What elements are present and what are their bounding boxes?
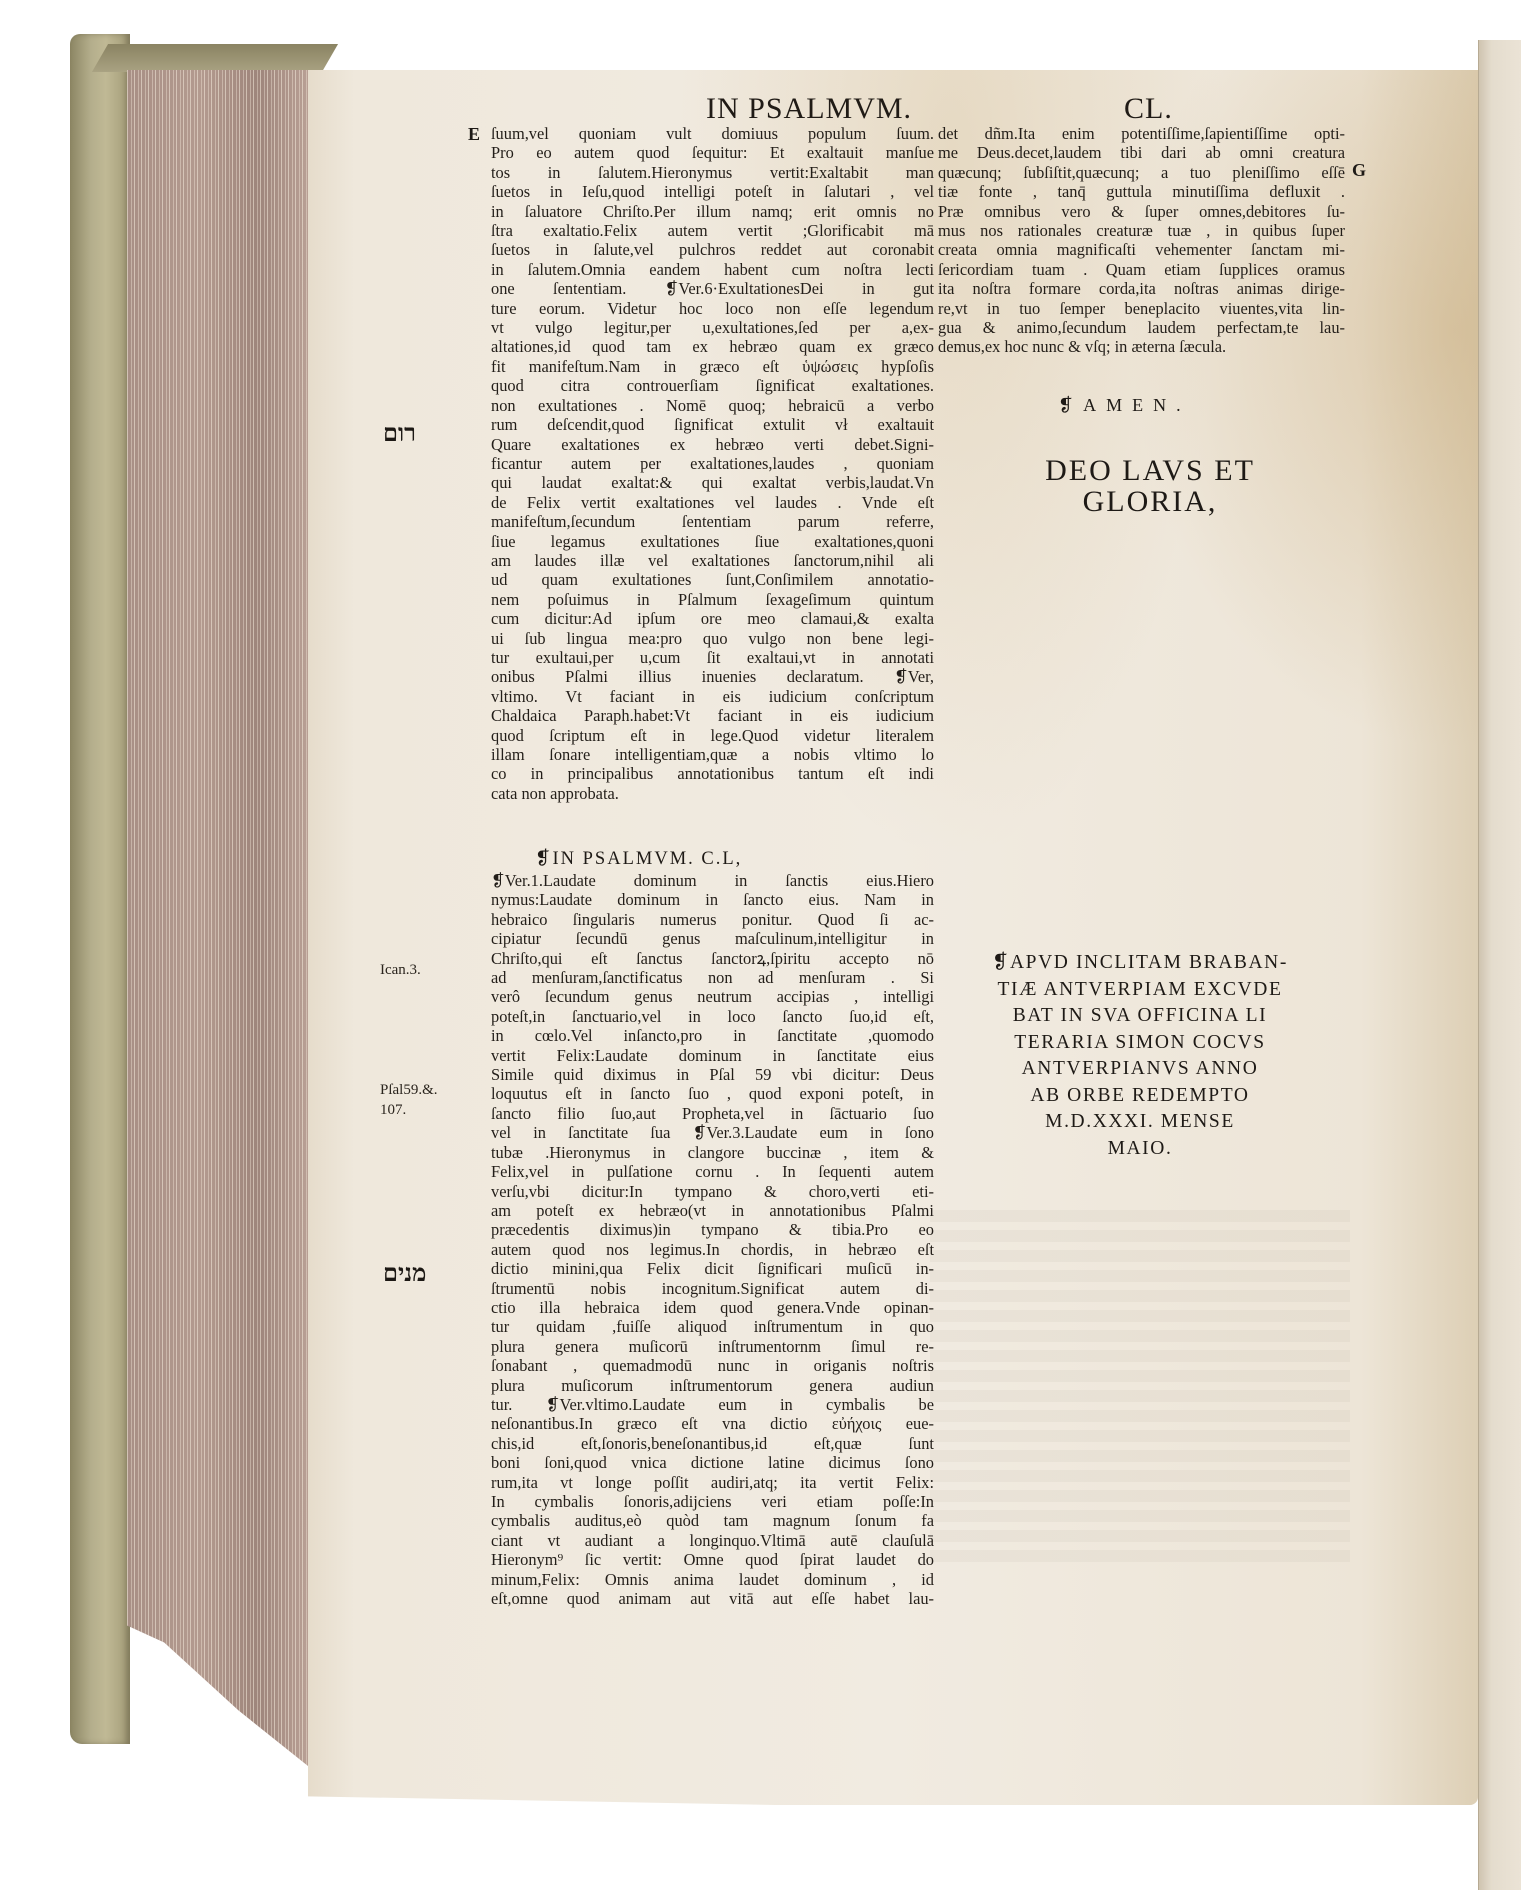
- text-line: eſt,omne quod animam aut vitā aut eſſe h…: [491, 1589, 934, 1608]
- text-line: neſonantibus.In græco eſt vna dictio εὐή…: [491, 1414, 934, 1433]
- doxology-line: DEO LAVS ET: [1010, 455, 1290, 486]
- colophon-line: TERARIA SIMON COCVS: [930, 1030, 1350, 1057]
- text-line: ❡Ver.1.Laudate dominum in ſanctis eius.H…: [491, 871, 934, 890]
- signature-mark-g: G: [1352, 160, 1366, 181]
- text-line: mus nos rationales creaturæ tuæ , in qui…: [938, 221, 1345, 240]
- text-line: minum,Felix: Omnis anima laudet dominum …: [491, 1570, 934, 1589]
- vellum-cover-top-edge: [92, 44, 338, 72]
- text-line: ad menſuram,ſanctificatus non ad menſura…: [491, 968, 934, 987]
- text-line: cipiatur ſecundū genus maſculinum,intell…: [491, 929, 934, 948]
- text-line: tubæ .Hieronymus in clangore buccinæ , i…: [491, 1143, 934, 1162]
- running-head-right: CL.: [1124, 92, 1173, 126]
- text-line: cum dicitur:Ad ipſum ore meo clamaui,& e…: [491, 609, 934, 628]
- text-line: in ſaluatore Chriſto.Per illum namq; eri…: [491, 202, 934, 221]
- text-line: det dñm.Ita enim potentiſſime,ſapientiſſ…: [938, 124, 1345, 143]
- text-line: creata omnia magnificaſti vehementer ſan…: [938, 240, 1345, 259]
- text-line: am laudes illæ vel exaltationes ſanctoru…: [491, 551, 934, 570]
- text-line: in ſalutem.Omnia eandem habent cum noſtr…: [491, 260, 934, 279]
- text-line: am poteſt ex hebræo(vt in annotationibus…: [491, 1201, 934, 1220]
- text-line: ſuetos in ſalute,vel pulchros reddet aut…: [491, 240, 934, 259]
- colophon-line: BAT IN SVA OFFICINA LI: [930, 1003, 1350, 1030]
- text-line: quæcunq; ſubſiſtit,quæcunq; a tuo pleniſ…: [938, 163, 1345, 182]
- text-line: ſuum,vel quoniam vult domiuus populum ſu…: [491, 124, 934, 143]
- text-line: Chaldaica Paraph.habet:Vt faciant in eis…: [491, 706, 934, 725]
- text-line: Chriſto,qui eſt ſanctus ſanctorꝝ,ſpiritu…: [491, 949, 934, 968]
- text-line: plura muſicorum inſtrumentorum genera au…: [491, 1376, 934, 1395]
- colophon-line: ANTVERPIANVS ANNO: [930, 1056, 1350, 1083]
- colophon-line: AB ORBE REDEMPTO: [930, 1083, 1350, 1110]
- text-line: ſtrumentū nobis incognitum.Significat au…: [491, 1279, 934, 1298]
- hebrew-marginal-minim: מנים: [383, 1258, 426, 1288]
- show-through-text: [930, 1210, 1350, 1570]
- facing-page-edge: [1478, 40, 1521, 1890]
- doxology-line: GLORIA,: [1010, 486, 1290, 517]
- text-line: gua & animo,ſecundum laudem perfectam,te…: [938, 318, 1345, 337]
- text-line: ficantur autem per exaltationes,laudes ,…: [491, 454, 934, 473]
- text-line: re,vt in tuo ſemper beneplacito viuentes…: [938, 299, 1345, 318]
- text-line: ſtra exaltatio.Felix autem vertit ;Glori…: [491, 221, 934, 240]
- text-line: fit manifeſtum.Nam in græco eſt ὑψώσεις …: [491, 357, 934, 376]
- text-line: loquutus eſt in ſancto ſuo , quod exponi…: [491, 1084, 934, 1103]
- text-line: tos in ſalutem.Hieronymus vertit:Exaltab…: [491, 163, 934, 182]
- text-line: nem poſuimus in Pſalmum ſexageſimum quin…: [491, 590, 934, 609]
- text-line: tur quidam ,fuiſſe aliquod inſtrumentum …: [491, 1317, 934, 1336]
- text-line: quod citra controuerſiam ſignificat exal…: [491, 376, 934, 395]
- text-line: vt vulgo legitur,per u,exultationes,ſed …: [491, 318, 934, 337]
- colophon-line: ❡APVD INCLITAM BRABAN-: [930, 950, 1350, 977]
- text-line: Hieronym⁹ ſic vertit: Omne quod ſpirat l…: [491, 1550, 934, 1569]
- text-line: autem quod nos legimus.In chordis, in he…: [491, 1240, 934, 1259]
- text-line: vel in ſanctitate ſua ❡Ver.3.Laudate eum…: [491, 1123, 934, 1142]
- text-line: one ſententiam. ❡Ver.6·ExultationesDei i…: [491, 279, 934, 298]
- sprinkled-red-page-edges: [127, 70, 313, 1770]
- text-line: ſiue legamus exultationes ſiue exaltatio…: [491, 532, 934, 551]
- text-line: cata non approbata.: [491, 784, 934, 803]
- text-line: plura genera muſicorū inſtrumentornm ſim…: [491, 1337, 934, 1356]
- text-line: ſuetos in Ieſu,quod intelligi poteſt in …: [491, 182, 934, 201]
- colophon-line: M.D.XXXI. MENSE: [930, 1109, 1350, 1136]
- text-line: quod ſcriptum eſt in lege.Quod videtur l…: [491, 726, 934, 745]
- text-line: præcedentis diximus)in tympano & tibia.P…: [491, 1220, 934, 1239]
- text-line: altationes,id quod tam ex hebræo quam ex…: [491, 337, 934, 356]
- amen-line: ❡AMEN.: [1058, 395, 1191, 416]
- text-line: poteſt,in ſanctuario,vel in loco ſancto …: [491, 1007, 934, 1026]
- text-line: hebraico ſingularis numerus ponitur. Quo…: [491, 910, 934, 929]
- text-line: Simile quid diximus in Pſal 59 vbi dicit…: [491, 1065, 934, 1084]
- marginal-reference-psal: Pſal59.&.: [380, 1080, 438, 1100]
- text-line: verô ſecundum genus neutrum accipias , i…: [491, 987, 934, 1006]
- colophon-line: TIÆ ANTVERPIAM EXCVDE: [930, 977, 1350, 1004]
- vellum-cover-spine: [70, 34, 130, 1744]
- text-line: chis,id eſt,ſonoris,beneſonantibus,id eſ…: [491, 1434, 934, 1453]
- text-line: In cymbalis ſonoris,adijciens veri etiam…: [491, 1492, 934, 1511]
- text-line: Felix,vel in pulſatione cornu . In ſeque…: [491, 1162, 934, 1181]
- text-line: tur. ❡Ver.vltimo.Laudate eum in cymbalis…: [491, 1395, 934, 1414]
- colophon-line: MAIO.: [930, 1136, 1350, 1163]
- text-line: ctio illa hebraica idem quod genera.Vnde…: [491, 1298, 934, 1317]
- text-line: verſu,vbi dicitur:In tympano & choro,ver…: [491, 1182, 934, 1201]
- text-line: ſonabant , quemadmodū nunc in origanis n…: [491, 1356, 934, 1375]
- text-line: tur exultaui,per u,cum ſit exaltaui,vt i…: [491, 648, 934, 667]
- text-line: non exultationes . Nomē quoq; hebraicū a…: [491, 396, 934, 415]
- text-line: ſericordiam tuam . Quam etiam ſupplices …: [938, 260, 1345, 279]
- text-line: rum deſcendit,quod ſignificat extulit vł…: [491, 415, 934, 434]
- running-head-left: IN PSALMVM.: [706, 92, 912, 126]
- text-line: illam ſonare intelligentiam,quæ a nobis …: [491, 745, 934, 764]
- text-line: manifeſtum,ſecundum ſententiam parum ref…: [491, 512, 934, 531]
- text-line: rum,ita vt longe poſſit audiri,atq; ita …: [491, 1473, 934, 1492]
- text-line: vltimo. Vt faciant in eis iudicium conſc…: [491, 687, 934, 706]
- text-line: tiæ fonte , tanq̄ guttula minutiſſima de…: [938, 182, 1345, 201]
- text-line: ciant vt audiant a longinquo.Vltimā autē…: [491, 1531, 934, 1550]
- text-line: cymbalis auditus,eò quòd tam magnum ſonu…: [491, 1511, 934, 1530]
- text-line: ui ſub lingua mea:pro quo vulgo non bene…: [491, 629, 934, 648]
- text-line: ture eorum. Videtur hoc loco non eſſe le…: [491, 299, 934, 318]
- text-line: Pro eo autem quod ſequitur: Et exaltauit…: [491, 143, 934, 162]
- text-line: boni ſoni,quod vnica dictione latine dic…: [491, 1453, 934, 1472]
- text-line: dictio minini,qua Felix dicit ſignificar…: [491, 1259, 934, 1278]
- text-line: nymus:Laudate dominum in ſancto eius. Na…: [491, 890, 934, 909]
- text-line: onibus Pſalmi illius inuenies declaratum…: [491, 667, 934, 686]
- text-line: Præ omnibus vero & ſuper omnes,debitores…: [938, 202, 1345, 221]
- text-line: in cœlo.Vel inſancto,pro in ſanctitate ,…: [491, 1026, 934, 1045]
- colophon: ❡APVD INCLITAM BRABAN- TIÆ ANTVERPIAM EX…: [930, 950, 1350, 1162]
- text-line: ita noſtra formare corda,ita noſtras ani…: [938, 279, 1345, 298]
- text-line: ſancto filio ſuo,aut Propheta,vel in ſāc…: [491, 1104, 934, 1123]
- text-line: demus,ex hoc nunc & vſq; in æterna ſæcul…: [938, 337, 1345, 356]
- text-line: vertit Felix:Laudate dominum in ſanctita…: [491, 1046, 934, 1065]
- text-line: co in principalibus annotationibus tantu…: [491, 764, 934, 783]
- marginal-reference-107: 107.: [380, 1100, 406, 1120]
- right-text-column: det dñm.Ita enim potentiſſime,ſapientiſſ…: [938, 124, 1345, 357]
- deo-laus-et-gloria: DEO LAVS ET GLORIA,: [1010, 455, 1290, 517]
- psalm-150-subheading: ❡IN PSALMVM. C.L,: [535, 848, 742, 870]
- text-line: ud quam exultationes ſunt,Conſimilem ann…: [491, 570, 934, 589]
- text-line: me Deus.decet,laudem tibi dari ab omni c…: [938, 143, 1345, 162]
- signature-mark-e: E: [468, 124, 480, 145]
- text-line: de Felix vertit exaltationes vel laudes …: [491, 493, 934, 512]
- hebrew-marginal-rum: רום: [383, 418, 416, 448]
- text-line: Quare exaltationes ex hebræo verti debet…: [491, 435, 934, 454]
- left-text-column: ſuum,vel quoniam vult domiuus populum ſu…: [491, 124, 934, 803]
- left-text-column-continued: ❡Ver.1.Laudate dominum in ſanctis eius.H…: [491, 871, 934, 1608]
- marginal-reference-ican: Ican.3.: [380, 960, 421, 980]
- text-line: qui laudat exaltat:& qui exaltat verbis,…: [491, 473, 934, 492]
